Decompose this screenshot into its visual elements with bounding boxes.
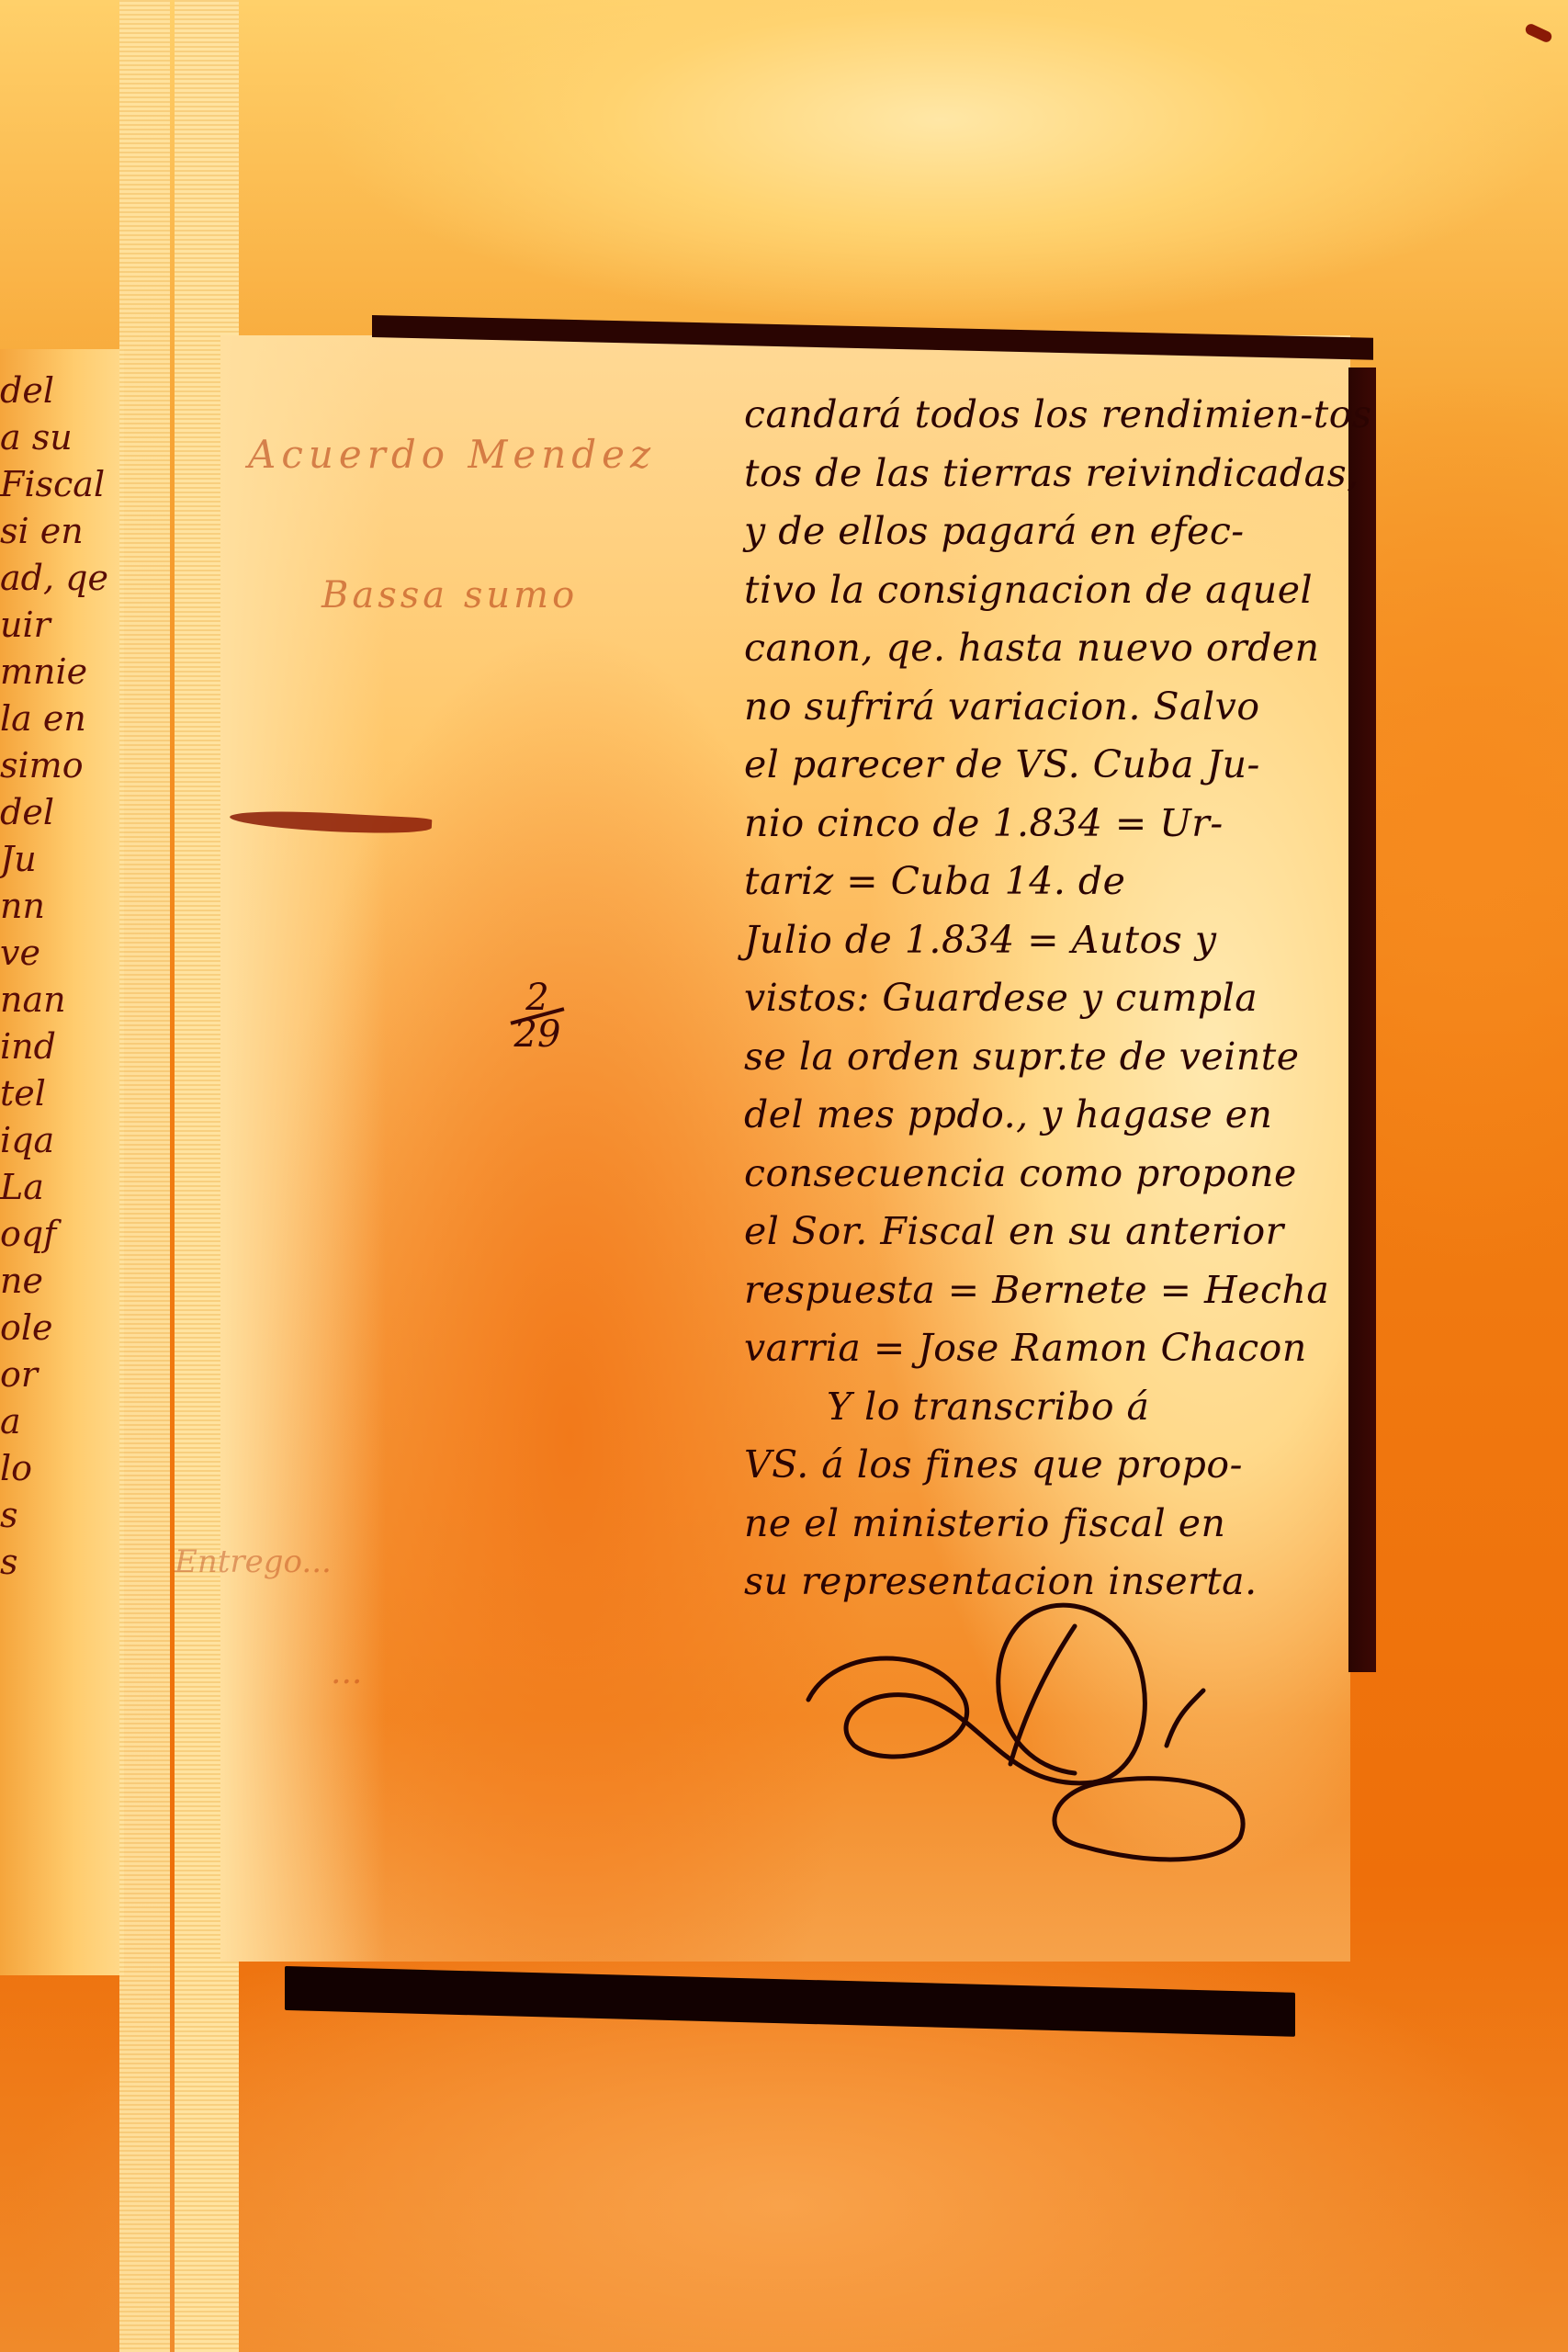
left-page-fragment: lo [0,1445,119,1492]
left-page-fragment: ad, qe [0,555,119,602]
left-page-fragment: ve [0,930,119,977]
left-page-fragment: ind [0,1023,119,1070]
left-page-fragment: Ju [0,836,119,883]
text-line: consecuencia como propone [744,1145,1350,1204]
binding-strip-left [119,0,170,2352]
text-line: el Sor. Fiscal en su anterior [744,1203,1350,1261]
left-page-fragment: a [0,1398,119,1445]
text-line: canon, qe. hasta nuevo orden [744,619,1350,678]
left-page-text: del a su Fiscal si en ad, qe uir mnie la… [0,367,119,1586]
left-page-fragment: uir [0,602,119,649]
left-page-fragment: La [0,1164,119,1211]
left-page-fragment: Fiscal [0,461,119,508]
left-page-fragment: ne [0,1258,119,1305]
left-page-fragment: nan [0,977,119,1023]
text-line: Y lo transcribo á [744,1378,1350,1437]
faded-marginal-note-2: Bassa sumo [321,574,578,616]
text-line: VS. á los fines que propo- [744,1436,1350,1495]
text-line: vistos: Guardese y cumpla [744,969,1350,1028]
text-line: nio cinco de 1.834 = Ur- [744,795,1350,854]
left-page-fragment: oqf [0,1211,119,1258]
text-line: tivo la consignacion de aquel [744,561,1350,620]
left-page-fragment: s [0,1492,119,1539]
left-page-fragment: nn [0,883,119,930]
text-line: ne el ministerio fiscal en [744,1495,1350,1554]
text-line: varria = Jose Ramon Chacon [744,1319,1350,1378]
text-line: y de ellos pagará en efec- [744,503,1350,561]
text-line: se la orden supr.te de veinte [744,1028,1350,1087]
left-page-fragment: del [0,367,119,414]
text-line: no sufrirá variacion. Salvo [744,678,1350,737]
text-line: candará todos los rendimien-tos [744,386,1350,445]
left-page-fragment: or [0,1351,119,1398]
text-line: tariz = Cuba 14. de [744,853,1350,911]
text-line: el parecer de VS. Cuba Ju- [744,736,1350,795]
faded-lower-note-2: ... [331,1654,362,1691]
left-page-fragment: tel [0,1070,119,1117]
left-page-fragment: si en [0,508,119,555]
text-line: del mes ppdo., y hagase en [744,1086,1350,1145]
left-page-fragment: ole [0,1305,119,1351]
text-line: tos de las tierras reivindicadas, [744,445,1350,503]
left-page-fragment: del [0,789,119,836]
left-page-fragment: iqa [0,1117,119,1164]
left-page-fragment: simo [0,742,119,789]
text-line: respuesta = Bernete = Hecha [744,1261,1350,1320]
text-line: Julio de 1.834 = Autos y [744,911,1350,970]
frame-right-edge [1348,367,1376,1672]
faded-lower-note-1: Entrego... [175,1543,332,1580]
main-handwritten-text: candará todos los rendimien-tos tos de l… [744,386,1350,1611]
left-page-fragment: mnie [0,649,119,695]
left-page-fragment: la en [0,695,119,742]
faded-marginal-note-1: Acuerdo Mendez [248,432,656,477]
left-page-fragment: s [0,1539,119,1586]
folio-number: 2 29 [510,983,565,1049]
left-page-fragment: a su [0,414,119,461]
